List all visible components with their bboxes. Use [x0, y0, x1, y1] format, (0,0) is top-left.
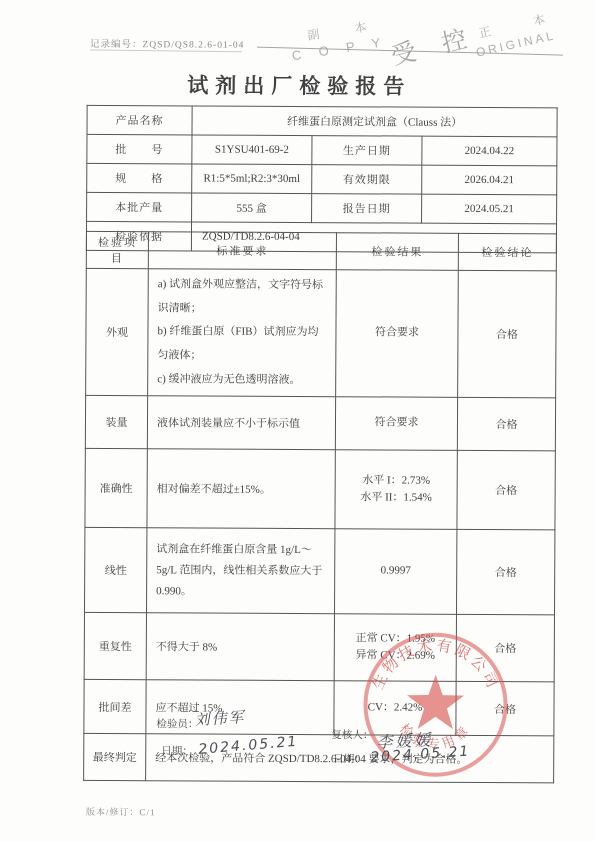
product-name-value: 纤维蛋白原测定试剂盒（Clauss 法）: [192, 106, 557, 137]
results-header-row: 检验项目 标准要求 检验结果 检验结论: [86, 231, 556, 270]
page-title: 试剂出厂检验报告: [2, 68, 595, 101]
table-row-linearity: 线性 试剂盒在纤维蛋白原含量 1g/L～5g/L 范围内，线性相关系数应大于 0…: [84, 528, 554, 615]
requirement-fill-volume: 液体试剂装量应不小于标示值: [147, 396, 335, 450]
result-accuracy: 水平 I：2.73% 水平 II：1.54%: [335, 450, 457, 530]
item-lot-difference: 批间差: [84, 680, 146, 734]
info-row-quantity: 本批产量 555 盒 报告日期 2024.05.21: [87, 192, 557, 223]
info-row-batch: 批 号 S1YSU401-69-2 生产日期 2024.04.22: [87, 134, 557, 165]
batch-quantity-value: 555 盒: [192, 193, 312, 223]
batch-no-label: 批 号: [87, 134, 192, 164]
inspector-signature: 刘伟军: [194, 706, 246, 730]
conclusion-fill-volume: 合格: [457, 398, 555, 452]
item-linearity: 线性: [84, 528, 146, 613]
production-date-value: 2024.04.22: [422, 136, 557, 166]
report-date-value: 2024.05.21: [422, 194, 557, 224]
expiry-value: 2026.04.21: [422, 165, 557, 195]
scanned-report-page: 记录编号：ZQSD/QS8.2.6-01-04 副 本 C O P Y 受 控 …: [0, 0, 595, 842]
inspector-date-label: 日期：: [161, 743, 193, 758]
conclusion-appearance: 合格: [458, 270, 557, 398]
report-date-label: 报告日期: [312, 194, 422, 224]
conclusion-accuracy: 合格: [457, 451, 555, 531]
col-header-result: 检验结果: [336, 233, 458, 271]
col-header-conclusion: 检验结论: [458, 233, 556, 271]
info-row-spec: 规 格 R1:5*5ml;R2:3*30ml 有效期限 2026.04.21: [87, 163, 557, 194]
col-header-requirement: 标准要求: [148, 232, 336, 270]
result-linearity: 0.9997: [334, 529, 456, 615]
product-name-label: 产品名称: [87, 105, 192, 135]
production-date-label: 生产日期: [312, 136, 422, 166]
result-appearance: 符合要求: [336, 270, 459, 398]
info-row-product: 产品名称 纤维蛋白原测定试剂盒（Clauss 法）: [87, 105, 557, 136]
requirement-appearance: a) 试剂盒外观应整洁，文字符号标识清晰； b) 纤维蛋白原（FIB）试剂应为均…: [148, 269, 337, 397]
spec-value: R1:5*5ml;R2:3*30ml: [192, 164, 312, 194]
col-header-item: 检验项目: [86, 231, 148, 268]
item-fill-volume: 装量: [85, 396, 147, 449]
batch-no-value: S1YSU401-69-2: [192, 135, 312, 165]
record-number-value: ZQSD/QS8.2.6-01-04: [142, 40, 244, 51]
table-row-appearance: 外观 a) 试剂盒外观应整洁，文字符号标识清晰； b) 纤维蛋白原（FIB）试剂…: [86, 268, 557, 398]
batch-quantity-label: 本批产量: [87, 192, 192, 222]
table-row-fill-volume: 装量 液体试剂装量应不小于标示值 符合要求 合格: [85, 396, 555, 451]
expiry-label: 有效期限: [312, 165, 422, 195]
item-repeatability: 重复性: [84, 613, 146, 680]
star-icon: [407, 675, 464, 730]
version-revision: 版本/修订：C/1: [86, 805, 156, 818]
requirement-linearity: 试剂盒在纤维蛋白原含量 1g/L～5g/L 范围内，线性相关系数应大于 0.99…: [146, 528, 334, 614]
conclusion-linearity: 合格: [456, 530, 554, 616]
requirement-repeatability: 不得大于 8%: [146, 613, 334, 681]
copy-watermark-stamp: 副 本 C O P Y: [288, 15, 388, 63]
record-number: 记录编号：ZQSD/QS8.2.6-01-04: [90, 36, 245, 51]
item-appearance: 外观: [86, 268, 149, 396]
final-judgement-label: 最终判定: [84, 734, 146, 781]
result-fill-volume: 符合要求: [335, 397, 457, 451]
inspector-label: 检验员：: [156, 716, 198, 731]
spec-label: 规 格: [87, 163, 192, 193]
item-accuracy: 准确性: [85, 449, 147, 528]
table-row-accuracy: 准确性 相对偏差不超过±15%。 水平 I：2.73% 水平 II：1.54% …: [85, 449, 555, 530]
requirement-accuracy: 相对偏差不超过±15%。: [147, 449, 335, 529]
